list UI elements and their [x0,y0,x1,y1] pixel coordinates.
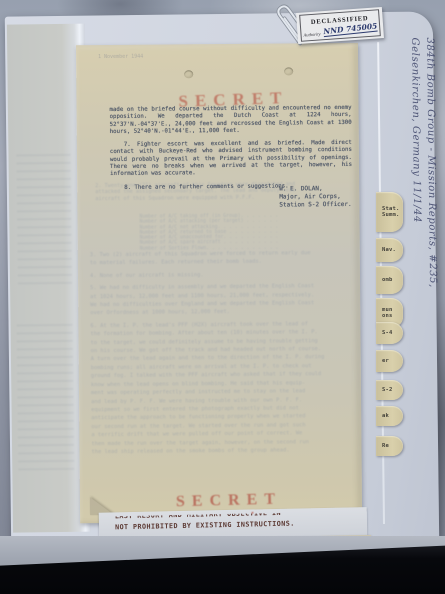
index-tab-label: ons [382,313,403,320]
bleed-through-smudge [17,324,75,475]
declassified-sticker-frame: DECLASSIFIED Authority NND 745005 [299,9,381,42]
ghost-list-text: Number of A/C taking off (in Group). . .… [139,214,278,252]
typed-paragraph: made on the briefed course without diffi… [110,105,352,136]
index-tab: S-4 [376,322,403,344]
bleed-through-smudge [16,154,72,285]
index-tab-label: omb [382,277,403,284]
faint-date: 1 November 1944 [98,54,143,60]
authority-label: Authority [303,31,320,37]
index-tab: Nav. [376,238,403,262]
index-tab-label: Summ. [382,212,403,219]
typed-paragraph: 7. Fighter escort was excellent and as b… [110,140,352,179]
ghost-line: the lead ship released on the smoke bomb… [91,446,345,457]
punch-hole-right [284,67,293,75]
ghost-body-text: 3. Two (2) aircraft of this Squadron wer… [90,249,346,457]
index-tab-label: S-2 [382,387,403,394]
white-folder: 384th Bomb Group - Mission Reports, #235… [5,11,439,546]
index-tab: S-2 [376,380,403,400]
spine-handwriting: 384th Bomb Group - Mission Reports, #235… [399,37,443,489]
stamp-mark: ✳ [251,509,255,516]
signature-line: Station S-2 Officer. [279,201,351,210]
punch-hole-left [184,70,193,78]
index-tab: ak [376,406,403,426]
index-tab-label: ak [382,413,403,420]
ghost-intro-text: 2. Twenty-one (21) aircraft of this Squa… [95,181,335,202]
index-tab-label: S-4 [382,330,403,337]
index-tab-label: er [382,358,403,365]
document-page: 1 November 1944 SECRET made on the brief… [76,43,362,523]
declassified-sticker: DECLASSIFIED Authority NND 745005 [296,7,384,44]
archival-document-photo: 384th Bomb Group - Mission Reports, #235… [0,0,445,594]
index-tab: omb [376,266,403,294]
index-tab: Re [376,436,403,456]
index-tab-label: Re [382,443,403,450]
index-tab: Stat.Summ. [376,192,403,232]
index-tab: er [376,350,403,372]
index-tab-label: Nav. [382,247,403,254]
